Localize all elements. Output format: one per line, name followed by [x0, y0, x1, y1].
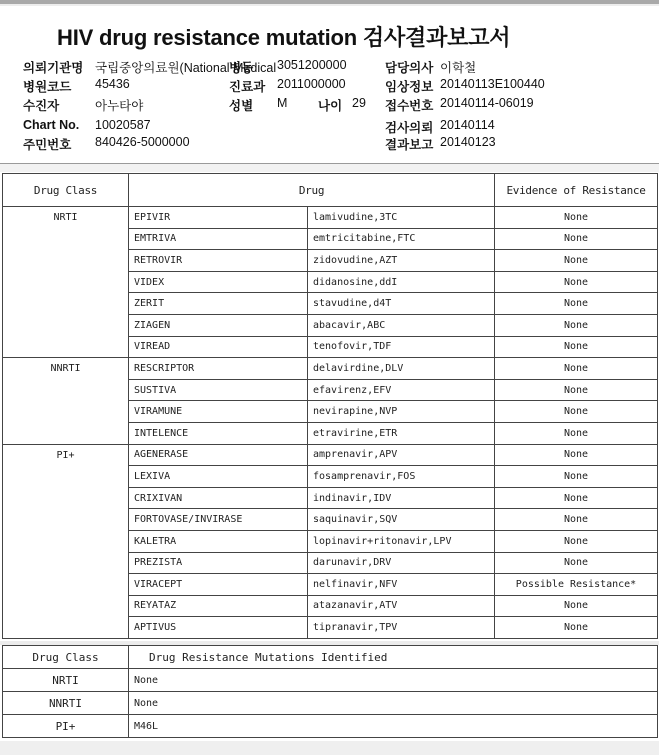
department-value: 2011000000 — [277, 77, 346, 91]
receipt-value: 20140114-06019 — [440, 96, 534, 110]
generic-name-cell: tenofovir,TDF — [308, 336, 495, 358]
evidence-cell: None — [495, 466, 658, 488]
evidence-cell: None — [495, 401, 658, 423]
request-date-value: 20140114 — [440, 118, 495, 132]
evidence-cell: None — [495, 336, 658, 358]
table-row: PI+ M46L — [3, 715, 658, 738]
header-drug-class: Drug Class — [3, 646, 129, 669]
patient-value: 아누타야 — [95, 96, 143, 114]
evidence-cell: None — [495, 552, 658, 574]
generic-name-cell: saquinavir,SQV — [308, 509, 495, 531]
generic-name-cell: zidovudine,AZT — [308, 250, 495, 272]
generic-name-cell: lamivudine,3TC — [308, 207, 495, 229]
header-mutations: Drug Resistance Mutations Identified — [129, 646, 658, 669]
header-drug: Drug — [129, 174, 495, 207]
table-row: NRTI None — [3, 669, 658, 692]
sex-value: M — [277, 96, 287, 110]
chart-no-value: 10020587 — [95, 118, 151, 132]
clinical-info-value: 20140113E100440 — [440, 77, 545, 91]
request-date-label: 검사의뢰 — [385, 118, 433, 136]
resident-id-label: 주민번호 — [23, 135, 71, 153]
drug-class-cell: NNRTI — [3, 692, 129, 715]
generic-name-cell: emtricitabine,FTC — [308, 228, 495, 250]
mutations-cell: None — [129, 692, 658, 715]
table-row: NRTIEPIVIRlamivudine,3TCNone — [3, 207, 658, 229]
brand-name-cell: CRIXIVAN — [129, 487, 308, 509]
institution-label: 의뢰기관명 — [23, 58, 83, 76]
table-row: NNRTI None — [3, 692, 658, 715]
generic-name-cell: amprenavir,APV — [308, 444, 495, 466]
generic-name-cell: indinavir,IDV — [308, 487, 495, 509]
brand-name-cell: VIRAMUNE — [129, 401, 308, 423]
brand-name-cell: VIRACEPT — [129, 574, 308, 596]
chart-no-label: Chart No. — [23, 118, 79, 132]
table-header-row: Drug Class Drug Evidence of Resistance — [3, 174, 658, 207]
resistance-table: Drug Class Drug Evidence of Resistance N… — [2, 173, 658, 639]
evidence-cell: None — [495, 595, 658, 617]
section-divider-band — [0, 164, 659, 172]
generic-name-cell: darunavir,DRV — [308, 552, 495, 574]
brand-name-cell: APTIVUS — [129, 617, 308, 639]
patient-label: 수진자 — [23, 96, 59, 114]
generic-name-cell: etravirine,ETR — [308, 422, 495, 444]
doctor-label: 담당의사 — [385, 58, 433, 76]
table-row: PI+AGENERASEamprenavir,APVNone — [3, 444, 658, 466]
evidence-cell: None — [495, 293, 658, 315]
evidence-cell: None — [495, 207, 658, 229]
drug-class-cell: NNRTI — [3, 358, 129, 444]
brand-name-cell: VIREAD — [129, 336, 308, 358]
age-value: 29 — [352, 96, 366, 110]
header-drug-class: Drug Class — [3, 174, 129, 207]
evidence-cell: None — [495, 314, 658, 336]
ward-value: 3051200000 — [277, 58, 347, 72]
generic-name-cell: stavudine,d4T — [308, 293, 495, 315]
report-title: HIV drug resistance mutation 검사결과보고서 — [57, 21, 510, 52]
generic-name-cell: fosamprenavir,FOS — [308, 466, 495, 488]
evidence-cell: None — [495, 250, 658, 272]
table-header-row: Drug Class Drug Resistance Mutations Ide… — [3, 646, 658, 669]
evidence-cell: None — [495, 271, 658, 293]
receipt-label: 접수번호 — [385, 96, 433, 114]
generic-name-cell: delavirdine,DLV — [308, 358, 495, 380]
hospital-code-label: 병원코드 — [23, 77, 71, 95]
sex-label: 성별 — [229, 96, 253, 114]
mutations-cell: M46L — [129, 715, 658, 738]
brand-name-cell: FORTOVASE/INVIRASE — [129, 509, 308, 531]
evidence-cell: None — [495, 358, 658, 380]
hospital-code-value: 45436 — [95, 77, 130, 91]
brand-name-cell: LEXIVA — [129, 466, 308, 488]
evidence-cell: None — [495, 509, 658, 531]
brand-name-cell: RESCRIPTOR — [129, 358, 308, 380]
age-label: 나이 — [318, 96, 342, 114]
clinical-info-label: 임상정보 — [385, 77, 433, 95]
brand-name-cell: EPIVIR — [129, 207, 308, 229]
generic-name-cell: tipranavir,TPV — [308, 617, 495, 639]
bottom-band — [0, 741, 659, 755]
department-label: 진료과 — [229, 77, 265, 95]
doctor-value: 이학철 — [440, 58, 476, 76]
brand-name-cell: INTELENCE — [129, 422, 308, 444]
brand-name-cell: VIDEX — [129, 271, 308, 293]
evidence-cell: None — [495, 530, 658, 552]
drug-class-cell: NRTI — [3, 207, 129, 358]
drug-class-cell: PI+ — [3, 444, 129, 638]
generic-name-cell: abacavir,ABC — [308, 314, 495, 336]
report-date-label: 결과보고 — [385, 135, 433, 153]
evidence-cell: None — [495, 444, 658, 466]
mutation-table: Drug Class Drug Resistance Mutations Ide… — [2, 645, 658, 738]
header-evidence: Evidence of Resistance — [495, 174, 658, 207]
evidence-cell: None — [495, 422, 658, 444]
table-row: NNRTIRESCRIPTORdelavirdine,DLVNone — [3, 358, 658, 380]
generic-name-cell: nevirapine,NVP — [308, 401, 495, 423]
generic-name-cell: atazanavir,ATV — [308, 595, 495, 617]
generic-name-cell: efavirenz,EFV — [308, 379, 495, 401]
report-date-value: 20140123 — [440, 135, 496, 149]
drug-class-cell: NRTI — [3, 669, 129, 692]
brand-name-cell: EMTRIVA — [129, 228, 308, 250]
evidence-cell: None — [495, 487, 658, 509]
brand-name-cell: SUSTIVA — [129, 379, 308, 401]
brand-name-cell: AGENERASE — [129, 444, 308, 466]
brand-name-cell: PREZISTA — [129, 552, 308, 574]
evidence-cell: None — [495, 228, 658, 250]
resident-id-value: 840426-5000000 — [95, 135, 190, 149]
brand-name-cell: REYATAZ — [129, 595, 308, 617]
brand-name-cell: ZIAGEN — [129, 314, 308, 336]
top-border-shadow — [0, 4, 659, 6]
brand-name-cell: RETROVIR — [129, 250, 308, 272]
generic-name-cell: nelfinavir,NFV — [308, 574, 495, 596]
generic-name-cell: lopinavir+ritonavir,LPV — [308, 530, 495, 552]
brand-name-cell: KALETRA — [129, 530, 308, 552]
ward-label: 병동 — [229, 58, 253, 76]
drug-class-cell: PI+ — [3, 715, 129, 738]
evidence-cell: None — [495, 617, 658, 639]
evidence-cell: None — [495, 379, 658, 401]
evidence-cell: Possible Resistance* — [495, 574, 658, 596]
mutations-cell: None — [129, 669, 658, 692]
brand-name-cell: ZERIT — [129, 293, 308, 315]
generic-name-cell: didanosine,ddI — [308, 271, 495, 293]
